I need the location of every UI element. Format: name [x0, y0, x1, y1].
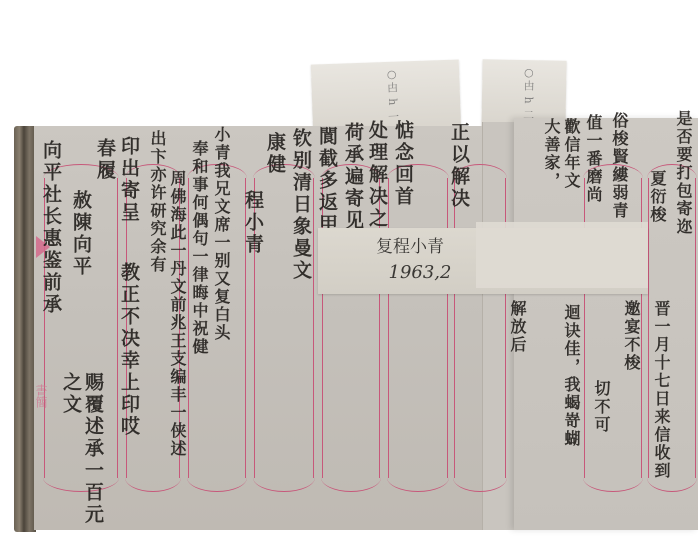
handwritten-column: 小青我兄文席一别又复白头	[210, 126, 232, 446]
book-spine	[14, 126, 36, 532]
label-date: 1963,2	[345, 262, 495, 283]
handwritten-column: 切不可	[590, 380, 612, 530]
handwritten-column: 解放后	[506, 300, 528, 530]
handwritten-column: 邀宴不梭	[620, 300, 642, 500]
handwritten-column: 荷承遍寄见	[342, 122, 364, 232]
handwritten-column: 夏衍梭	[646, 170, 668, 290]
handwritten-column: 惦念回首	[392, 120, 414, 230]
handwritten-column: 春履	[94, 138, 116, 218]
handwritten-column: 赦陳向平	[70, 190, 92, 330]
handwritten-column: 出卞亦许研究余有	[146, 130, 168, 460]
handwritten-column: 是否要打包寄迩	[672, 110, 694, 310]
handwritten-column: 迴诀佳，我蝎嵜蝴	[560, 304, 582, 534]
handwritten-column: 教正不决幸上印哎	[118, 262, 140, 462]
handwritten-column: 赐覆述承一百元之文	[60, 372, 104, 542]
handwritten-column: 正以解决	[448, 122, 470, 232]
handwritten-column: 康健	[264, 132, 286, 212]
handwritten-column: 周佛海此一丹文前兆王支编丰一侠述	[166, 170, 188, 549]
handwritten-column: 向平社长惠鉴前承	[40, 140, 62, 450]
handwritten-column: 处理解决之	[366, 120, 388, 230]
tab-pencil-note: ○甴 h 一	[383, 68, 401, 124]
tab-pencil-note: ○甴 h 二	[520, 66, 537, 121]
handwritten-column: 钦别清日象曼文	[290, 128, 312, 348]
handwritten-column: 大善家，	[540, 118, 562, 238]
label-name: 复程小青	[335, 232, 485, 257]
handwritten-column: 歡信年文	[560, 118, 582, 238]
handwritten-column: 晋一月十七日来信收到	[650, 300, 672, 540]
pasted-tape-strip	[476, 222, 648, 288]
handwritten-column: 奉和事何偶句一律晦中祝健	[188, 140, 210, 460]
handwritten-column: 印出寄呈	[118, 136, 140, 256]
handwritten-column: 程小青	[242, 190, 264, 300]
manuscript-photo: ○甴 h 一 ○甴 h 二 書簡 向平社长惠鉴前承 赐覆述承一百元之文 赦陳向平…	[0, 0, 698, 549]
